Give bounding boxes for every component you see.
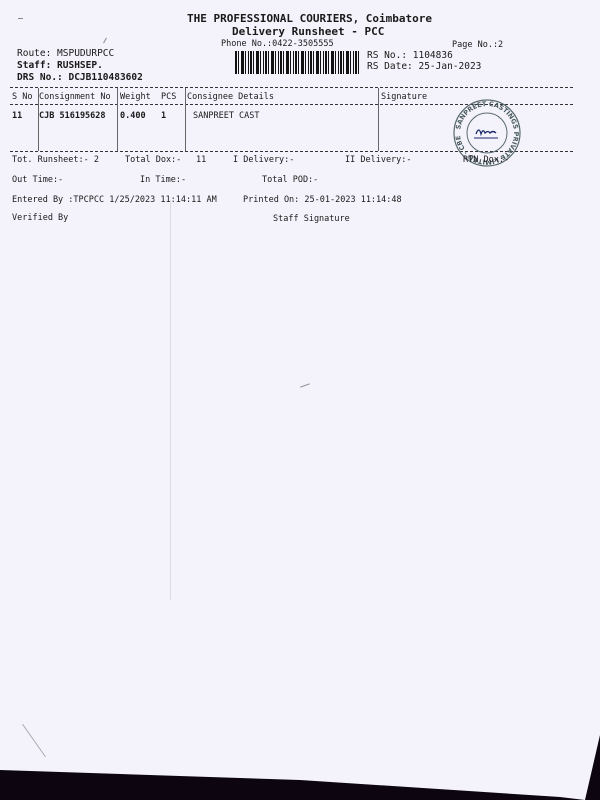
staff-signature: Staff Signature	[273, 214, 350, 224]
runsheet-page: THE PROFESSIONAL COURIERS, Coimbatore De…	[0, 0, 600, 800]
total-runsheet: Tot. Runsheet:- 2	[12, 155, 99, 165]
column-header-pcs: PCS	[161, 92, 176, 102]
scan-artifact	[170, 200, 171, 600]
cell-weight: 0.400	[120, 111, 146, 121]
scan-artifact	[300, 383, 310, 387]
company-title: THE PROFESSIONAL COURIERS, Coimbatore	[187, 12, 432, 25]
cell-consignee: SANPREET CAST	[193, 111, 260, 121]
route: Route: MSPUDURPCC	[17, 48, 114, 59]
verified-by: Verified By	[12, 213, 68, 223]
page-number: Page No.:2	[452, 40, 503, 50]
total-pod: Total POD:-	[262, 175, 318, 185]
column-header-sno: S No	[12, 92, 32, 102]
barcode	[235, 51, 360, 74]
drs-number: DRS No.: DCJB110483602	[17, 72, 143, 83]
scan-artifact	[103, 38, 107, 44]
column-divider	[117, 88, 118, 151]
ii-delivery: II Delivery:-	[345, 155, 412, 165]
column-header-weight: Weight	[120, 92, 151, 102]
column-header-signature: Signature	[381, 92, 427, 102]
total-dox-label: Total Dox:-	[125, 155, 181, 165]
column-header-consignment: Consignment No	[39, 92, 111, 102]
printed-on: Printed On: 25-01-2023 11:14:48	[243, 195, 402, 205]
column-divider	[185, 88, 186, 151]
column-divider	[378, 88, 379, 151]
rs-number: RS No.: 1104836	[367, 50, 453, 61]
rtn-dox: RTN Dox:-	[463, 155, 509, 165]
column-header-consignee: Consignee Details	[187, 92, 274, 102]
cell-pcs: 1	[161, 111, 166, 121]
out-time: Out Time:-	[12, 175, 63, 185]
scan-artifact	[18, 18, 23, 19]
phone-number: Phone No.:0422-3505555	[221, 39, 334, 49]
in-time: In Time:-	[140, 175, 186, 185]
cell-sno: 11	[12, 111, 22, 121]
cell-consignment-no: CJB 516195628	[39, 111, 106, 121]
i-delivery: I Delivery:-	[233, 155, 294, 165]
total-dox-value: 11	[196, 155, 206, 165]
entered-by: Entered By :TPCPCC 1/25/2023 11:14:11 AM	[12, 195, 217, 205]
document-subtitle: Delivery Runsheet - PCC	[232, 25, 384, 38]
scan-artifact	[22, 724, 46, 757]
divider	[10, 87, 573, 88]
staff: Staff: RUSHSEP.	[17, 60, 103, 71]
rs-date: RS Date: 25-Jan-2023	[367, 61, 481, 72]
